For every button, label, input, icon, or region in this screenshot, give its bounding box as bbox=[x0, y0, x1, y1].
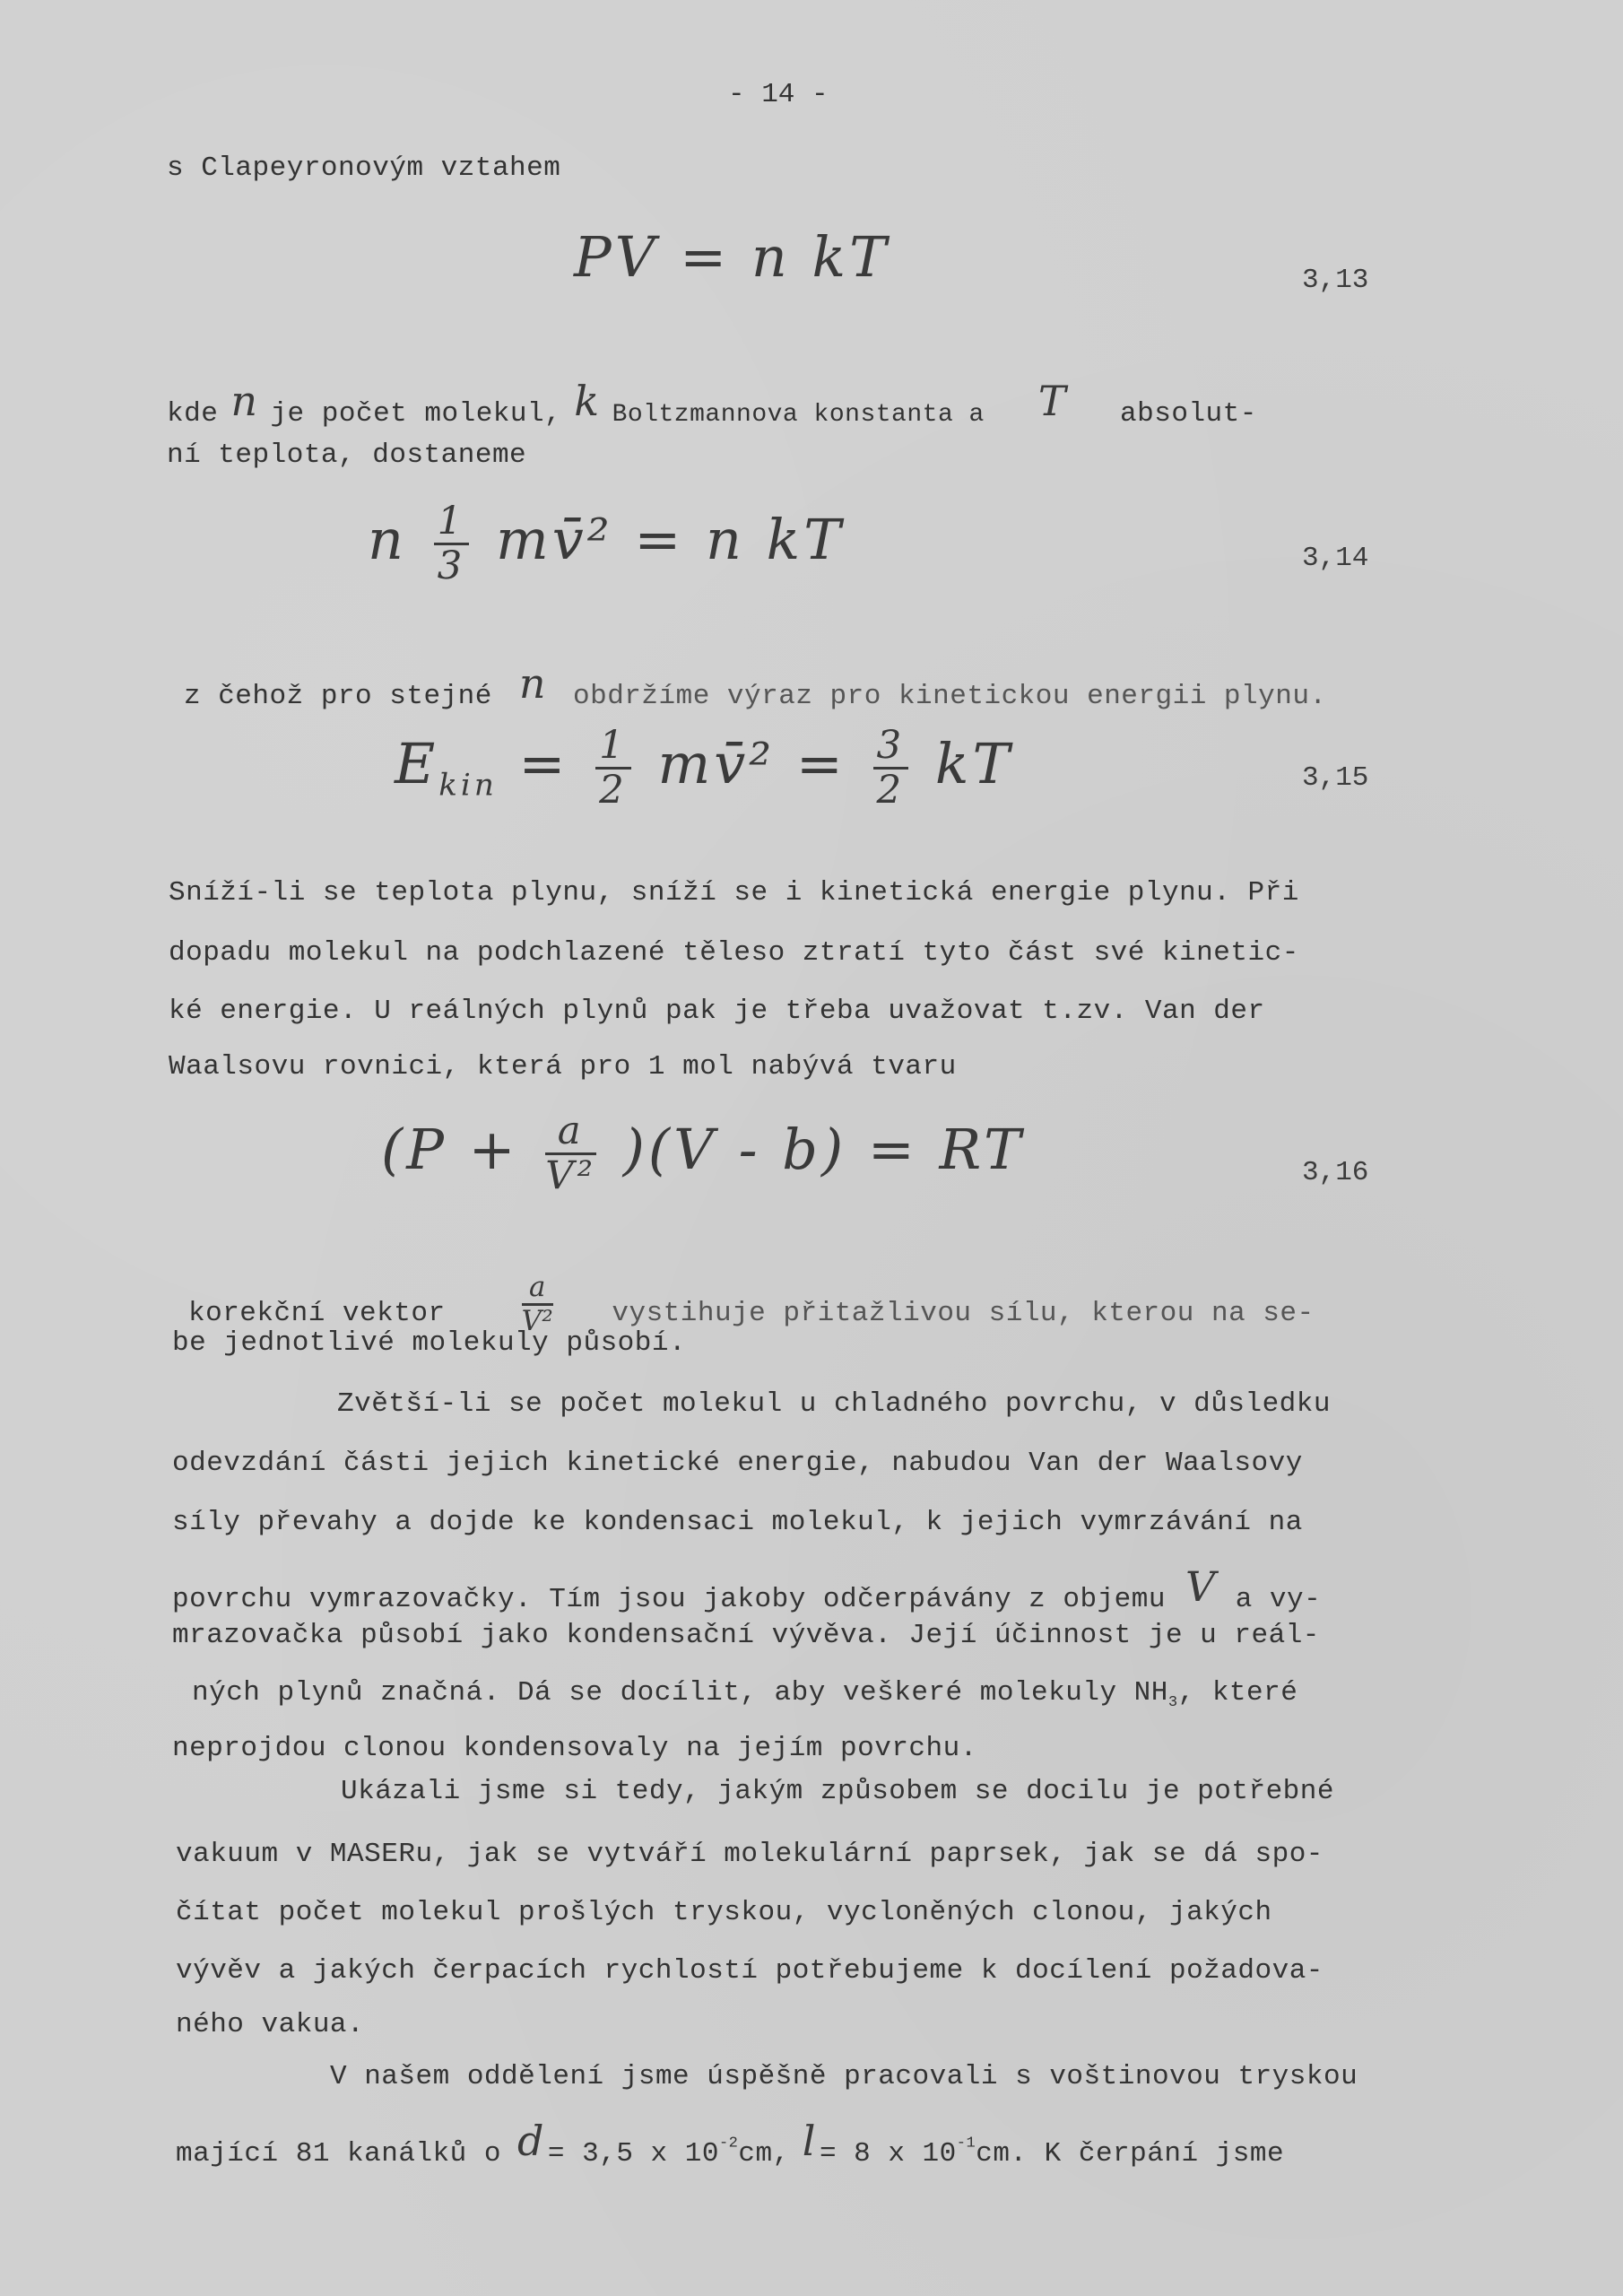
text-fragment: = 3,5 x 10 bbox=[548, 2138, 719, 2170]
symbol-d: d bbox=[517, 2117, 544, 2165]
equation-3-15: Ekin = 12 mv̄² = 32 kT bbox=[395, 726, 1013, 811]
text-line: s Clapeyronovým vztahem bbox=[167, 152, 560, 184]
symbol-n: n bbox=[230, 377, 257, 425]
eq-term: = bbox=[796, 731, 846, 796]
text-fragment: cm. K čerpání jsme bbox=[976, 2138, 1284, 2170]
frac-num: 1 bbox=[434, 502, 470, 545]
eq-term: = n kT bbox=[634, 507, 844, 572]
text-fragment: povrchu vymrazovačky. Tím jsou jakoby od… bbox=[172, 1584, 1166, 1615]
text-line: mající 81 kanálků od= 3,5 x 10-2cm,l= 8 … bbox=[176, 2117, 1284, 2170]
text-line: mrazovačka působí jako kondensační vývěv… bbox=[172, 1620, 1320, 1651]
text-line: dopadu molekul na podchlazené těleso ztr… bbox=[169, 937, 1299, 969]
text-line: z čehož pro stejnénobdržíme výraz pro ki… bbox=[184, 659, 1327, 712]
text-line: Sníží-li se teplota plynu, sníží se i ki… bbox=[169, 877, 1299, 909]
text-fragment: kde bbox=[167, 398, 218, 430]
text-line: síly převahy a dojde ke kondensaci molek… bbox=[172, 1507, 1303, 1538]
symbol-k: k bbox=[574, 377, 599, 425]
eq-term: = bbox=[518, 731, 568, 796]
eq-fraction: aV² bbox=[522, 1274, 554, 1335]
symbol-a-over-v2: aV² bbox=[516, 1279, 560, 1325]
text-fragment: , které bbox=[1178, 1677, 1298, 1709]
symbol-l: l bbox=[803, 2117, 816, 2165]
text-line: odevzdání části jejich kinetické energie… bbox=[172, 1448, 1303, 1479]
equation-3-13: PV = n kT bbox=[574, 224, 890, 290]
text-line: kdenje počet molekul,kBoltzmannova konst… bbox=[167, 377, 1257, 430]
equation-3-16: (P + aV² )(V - b) = RT bbox=[381, 1112, 1024, 1196]
text-fragment: Boltzmannova konstanta a bbox=[612, 401, 985, 429]
text-line: Ukázali jsme si tedy, jakým způsobem se … bbox=[341, 1776, 1334, 1807]
eq-term: )(V - b) = RT bbox=[623, 1117, 1025, 1182]
text-fragment: je počet molekul, bbox=[270, 398, 561, 430]
text-fragment: vystihuje přitažlivou sílu, kterou na se… bbox=[612, 1298, 1314, 1329]
text-line: ných plynů značná. Dá se docílit, aby ve… bbox=[192, 1677, 1298, 1711]
text-line: Waalsovu rovnici, která pro 1 mol nabývá… bbox=[169, 1051, 957, 1083]
frac-num: a bbox=[545, 1112, 596, 1155]
eq-subscript: kin bbox=[438, 768, 498, 804]
page-number: - 14 - bbox=[728, 79, 829, 110]
text-line: neprojdou clonou kondensovaly na jejím p… bbox=[172, 1733, 977, 1764]
frac-den: V² bbox=[545, 1155, 596, 1196]
text-fragment: a vy- bbox=[1236, 1584, 1322, 1615]
text-fragment: mající 81 kanálků o bbox=[176, 2138, 501, 2170]
document-page: - 14 - s Clapeyronovým vztahem PV = n kT… bbox=[0, 0, 1623, 2296]
text-line: ného vakua. bbox=[176, 2009, 364, 2040]
eq-fraction: 13 bbox=[434, 502, 470, 587]
equation-number: 3,15 bbox=[1302, 762, 1368, 794]
text-fragment: obdržíme výraz pro kinetickou energii pl… bbox=[573, 681, 1327, 712]
text-fragment: absolut- bbox=[1120, 398, 1257, 430]
eq-fraction: aV² bbox=[545, 1112, 596, 1196]
eq-fraction: 12 bbox=[595, 726, 631, 811]
subscript: 3 bbox=[1168, 1694, 1178, 1711]
equation-3-14: n 13 mv̄² = n kT bbox=[368, 502, 845, 587]
text-line: povrchu vymrazovačky. Tím jsou jakoby od… bbox=[172, 1562, 1321, 1615]
text-line: V našem oddělení jsme úspěšně pracovali … bbox=[330, 2061, 1358, 2092]
frac-num: 3 bbox=[873, 726, 909, 770]
text-line: čítat počet molekul prošlých tryskou, vy… bbox=[176, 1897, 1272, 1928]
superscript: -2 bbox=[719, 2135, 738, 2152]
text-line: be jednotlivé molekuly působí. bbox=[172, 1327, 686, 1359]
text-line: vakuum v MASERu, jak se vytváří molekulá… bbox=[176, 1839, 1324, 1870]
eq-term: mv̄² bbox=[657, 731, 775, 796]
text-fragment: ných plynů značná. Dá se docílit, aby ve… bbox=[192, 1677, 1168, 1709]
frac-den: 3 bbox=[434, 545, 470, 586]
text-fragment: z čehož pro stejné bbox=[184, 681, 492, 712]
symbol-T: T bbox=[1038, 377, 1066, 425]
equation-number: 3,14 bbox=[1302, 543, 1368, 574]
superscript: -1 bbox=[957, 2135, 976, 2152]
eq-term: kT bbox=[935, 731, 1013, 796]
symbol-V: V bbox=[1185, 1562, 1216, 1611]
text-line: ní teplota, dostaneme bbox=[167, 439, 526, 471]
text-line: korekční vektor aV² vystihuje přitažlivo… bbox=[188, 1274, 1315, 1335]
frac-num: 1 bbox=[595, 726, 631, 770]
eq-term: (P + bbox=[381, 1117, 519, 1182]
text-fragment: korekční vektor bbox=[188, 1298, 446, 1329]
text-fragment: = 8 x 10 bbox=[820, 2138, 957, 2170]
eq-term: E bbox=[395, 731, 438, 796]
text-line: Zvětší-li se počet molekul u chladného p… bbox=[337, 1388, 1331, 1420]
equation-number: 3,16 bbox=[1302, 1157, 1368, 1188]
equation-number: 3,13 bbox=[1302, 265, 1368, 296]
text-line: vývěv a jakých čerpacích rychlostí potře… bbox=[176, 1955, 1324, 1987]
frac-den: 2 bbox=[595, 770, 631, 810]
frac-num: a bbox=[522, 1274, 554, 1306]
symbol-n: n bbox=[519, 659, 546, 708]
eq-term: n bbox=[368, 507, 407, 572]
eq-fraction: 32 bbox=[873, 726, 909, 811]
text-line: ké energie. U reálných plynů pak je třeb… bbox=[169, 996, 1265, 1027]
eq-term: mv̄² bbox=[496, 507, 613, 572]
frac-den: 2 bbox=[873, 770, 909, 810]
text-fragment: cm, bbox=[738, 2138, 789, 2170]
